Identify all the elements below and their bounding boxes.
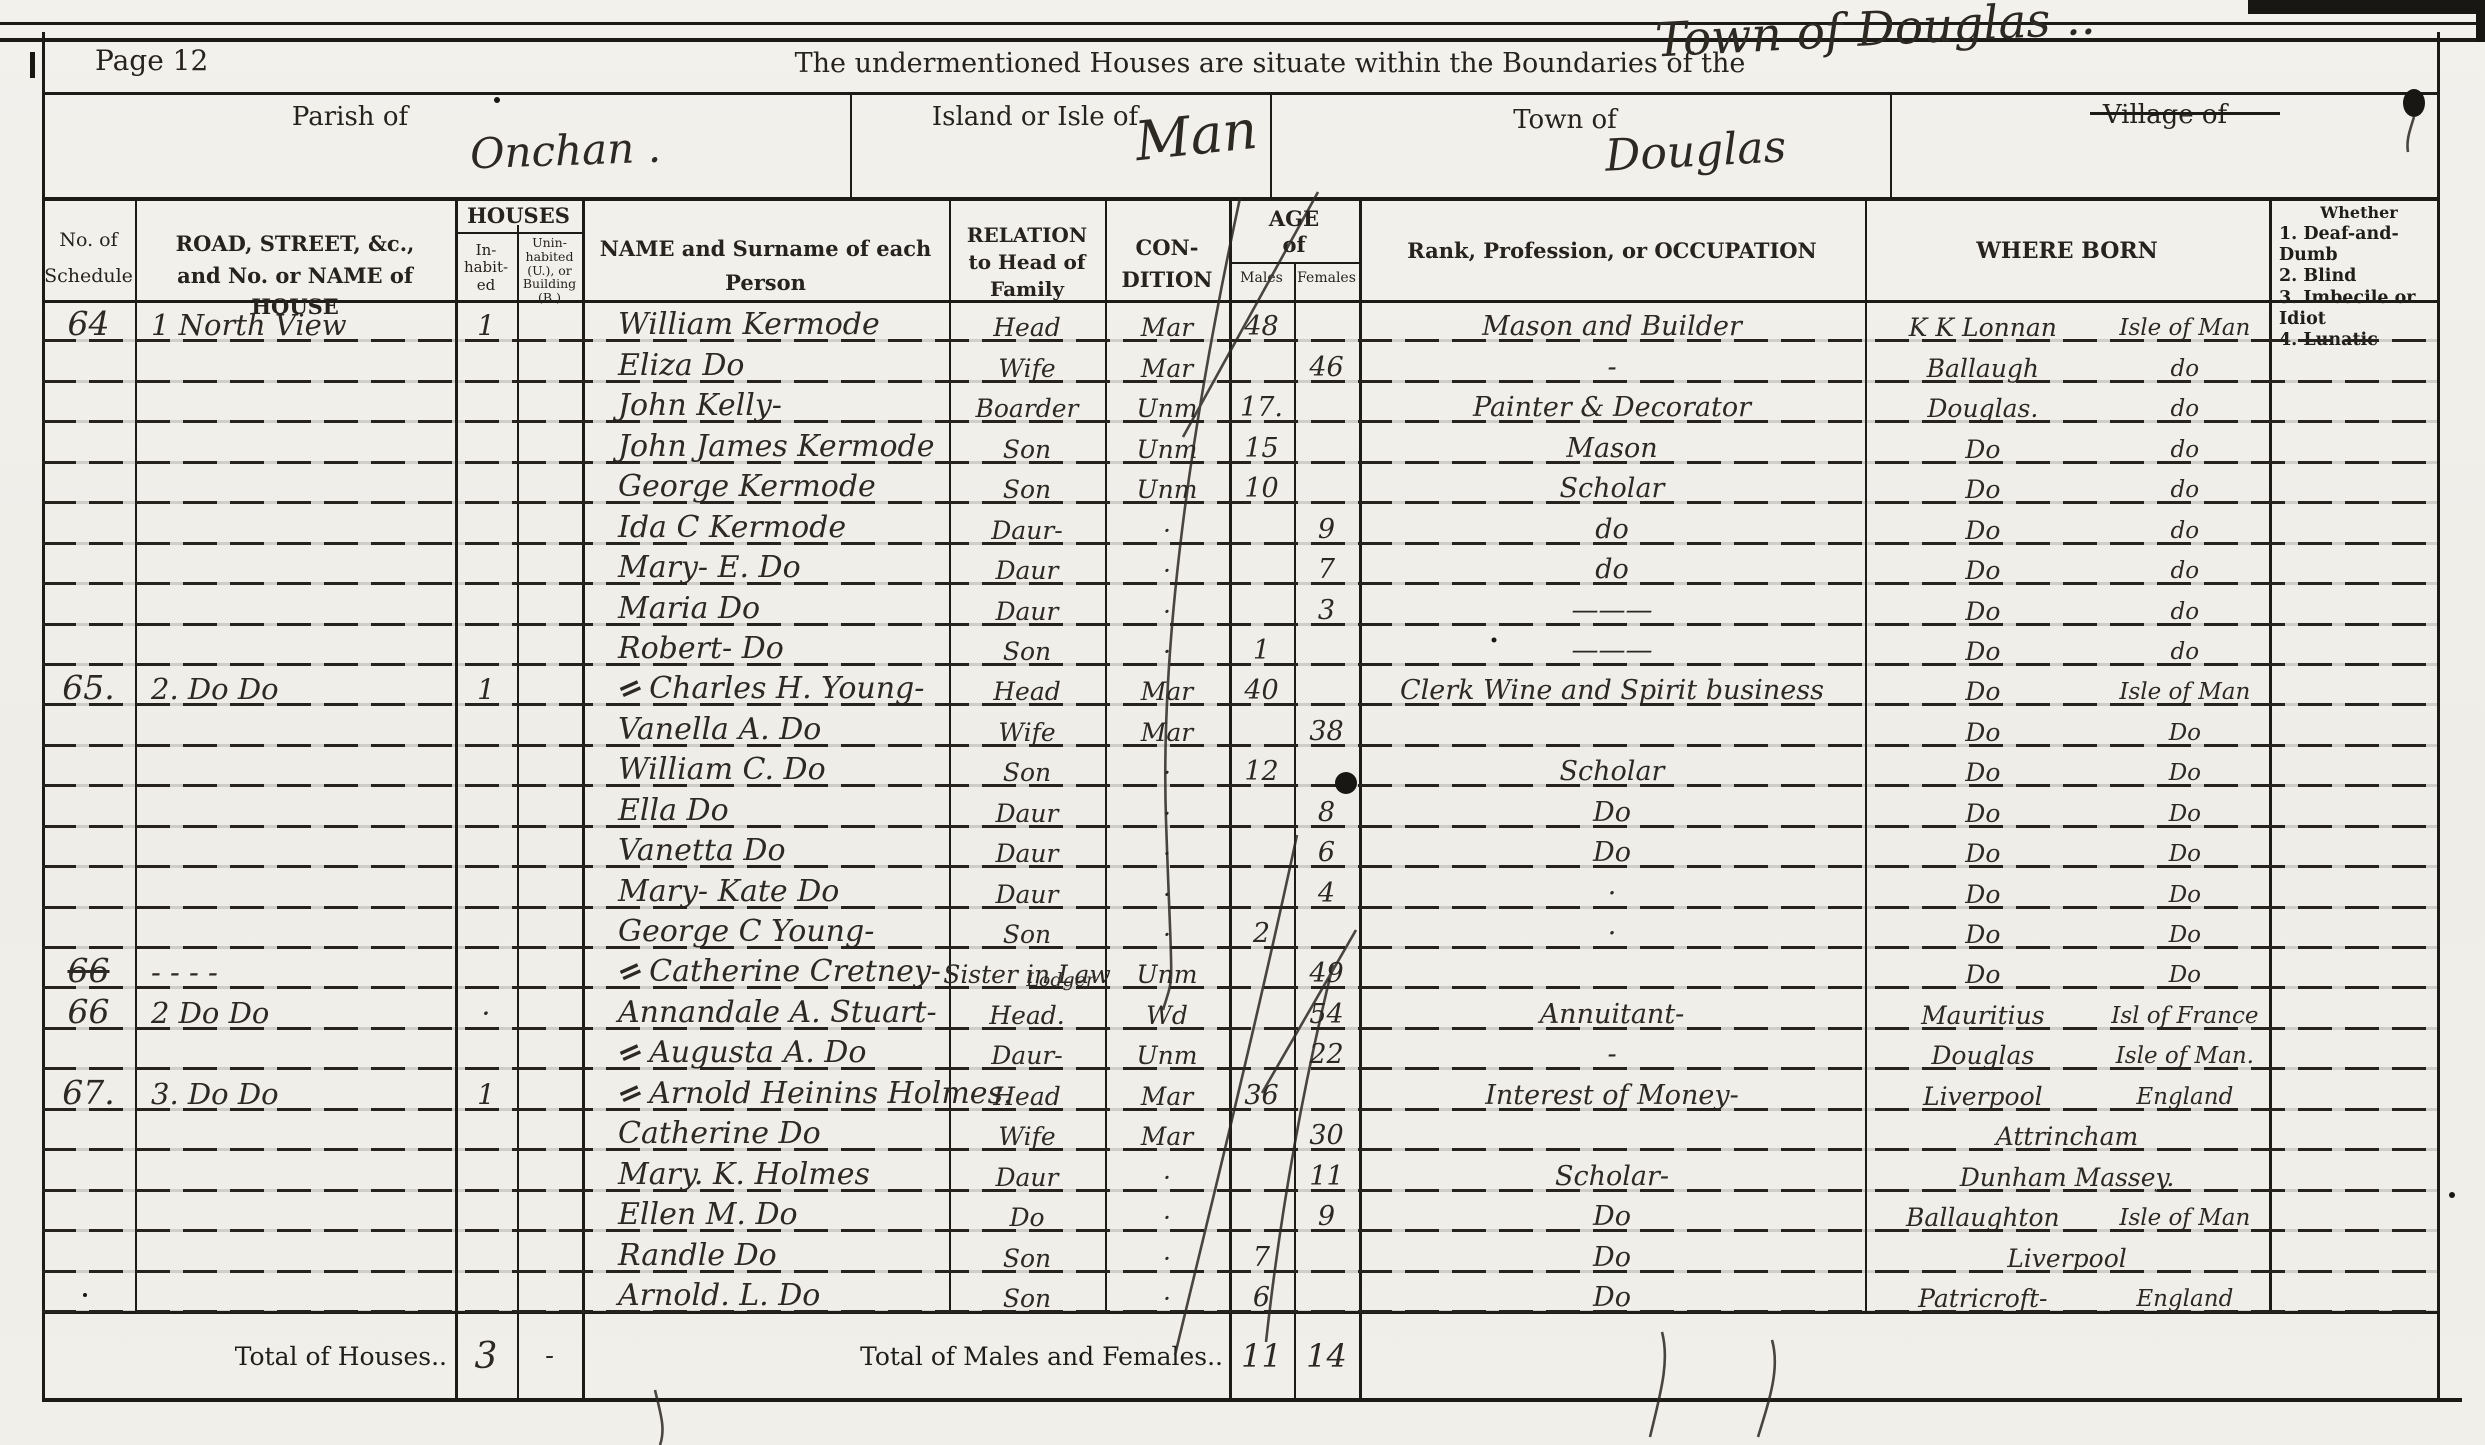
col-houses: HOUSES [455,203,582,228]
born-region: Isle of Man [2101,681,2269,704]
relation: Do [949,1190,1105,1230]
person-name-text: Catherine Do [618,1119,821,1149]
age-female: 49 [1294,947,1359,987]
infirmity [2269,866,2437,906]
age-female [1294,1068,1359,1108]
age-female: 9 [1294,502,1359,542]
occupation: Painter & Decorator [1359,381,1865,421]
person-name: Mary- Kate Do [582,866,949,906]
houses-inhabited: 1 [455,300,517,340]
houses-uninhabited [517,947,582,987]
schedule-number [42,1230,135,1270]
person-name: =Augusta A. Do [582,1028,949,1068]
infirmity [2269,1109,2437,1149]
infirmity [2269,300,2437,340]
occupation: Do [1359,1190,1865,1230]
occupation [1359,1109,1865,1149]
table-row: George C Young-Son·2·DoDo [42,907,2437,947]
age-female: 30 [1294,1109,1359,1149]
schedule-number [42,624,135,664]
relation-note: Lodger [1026,971,1095,990]
relation: Son [949,907,1105,947]
condition: Unm [1105,1028,1229,1068]
bottom-rule [42,1398,2462,1402]
born-place: Douglas [1865,1043,2101,1068]
where-born: K K LonnanIsle of Man [1865,300,2269,340]
age-male: 15 [1229,421,1294,461]
houses-uninhabited [517,300,582,340]
born-place: Do [1865,760,2101,785]
col-schedule: No. of Schedule [42,222,135,294]
occupation: Clerk Wine and Spirit business [1359,664,1865,704]
occupation [1359,704,1865,744]
census-page-scan: Page 12 The undermentioned Houses are si… [0,0,2485,1445]
infirmity [2269,1028,2437,1068]
age-male [1229,340,1294,380]
born-region: do [2101,601,2269,624]
where-born: Patricroft-England [1865,1271,2269,1311]
person-name-text: Ida C Kermode [618,513,846,543]
infirmity [2269,583,2437,623]
infirmity [2269,947,2437,987]
person-name-text: Charles H. Young- [649,674,924,704]
schedule-number [42,704,135,744]
relation-text: Daur [995,558,1058,583]
age-female: 9 [1294,1190,1359,1230]
schedule-number [42,745,135,785]
age-male [1229,826,1294,866]
houses-uninhabited [517,1109,582,1149]
table-row: Catherine DoWifeMar30Attrincham [42,1109,2437,1149]
parish-value: Onchan . [469,123,661,179]
age-female [1294,381,1359,421]
relation: Head [949,664,1105,704]
born-place: Do [1865,679,2101,704]
occupation: Mason [1359,421,1865,461]
person-name-text: George Kermode [618,472,876,502]
table-row: 662 Do Do·Annandale A. Stuart-LodgerHead… [42,987,2437,1027]
occupation: · [1359,907,1865,947]
condition: Mar [1105,300,1229,340]
person-name: =Catherine Cretney- [582,947,949,987]
road-name [135,340,455,380]
houses-uninhabited [517,624,582,664]
born-place: Do [1865,720,2101,745]
age-male: 7 [1229,1230,1294,1270]
road-name: 2 Do Do [135,987,455,1027]
where-born: Dodo [1865,502,2269,542]
schedule-number [42,1149,135,1189]
col-occupation: Rank, Profession, or OCCUPATION [1359,238,1865,263]
schedule-number [42,381,135,421]
relation-text: Do [1009,1205,1044,1230]
houses-inhabited [455,826,517,866]
born-region: Isl of France [2101,1005,2269,1028]
infirmity [2269,704,2437,744]
relation-text: Daur- [991,1043,1062,1068]
houses-uninhabited [517,826,582,866]
where-born: DoDo [1865,826,2269,866]
village-label: Village of [2000,100,2330,130]
houses-inhabited [455,624,517,664]
col-relation: RELATION to Head of Family [949,222,1105,303]
where-born: DouglasIsle of Man. [1865,1028,2269,1068]
houses-uninhabited [517,502,582,542]
road-name [135,421,455,461]
born-place: Liverpool [1865,1084,2101,1109]
occupation: Mason and Builder [1359,300,1865,340]
born-place: Do [1865,841,2101,866]
table-row: William C. DoSon·12ScholarDoDo [42,745,2437,785]
houses-inhabited: · [455,987,517,1027]
condition: Mar [1105,1109,1229,1149]
band-divider-1 [850,92,852,197]
age-female [1294,1230,1359,1270]
condition: Wd [1105,987,1229,1027]
person-name-text: Vanella A. Do [618,715,821,745]
where-born: DoDo [1865,866,2269,906]
scan-edge-artifact [2476,0,2485,42]
relation-text: Son [1003,639,1051,664]
table-row: Mary- E. DoDaur·7doDodo [42,543,2437,583]
boundary-handwritten: Town of Douglas .. [1654,0,2097,68]
road-name [135,1271,455,1311]
table-row: Robert- DoSon·1———Dodo [42,624,2437,664]
where-born: Liverpool [1865,1230,2269,1270]
born-region: Do [2101,924,2269,947]
table-row: 67.3. Do Do1=Arnold Heinins Holmes.HeadM… [42,1068,2437,1108]
road-name [135,1109,455,1149]
relation: Son [949,1271,1105,1311]
age-female: 3 [1294,583,1359,623]
page-title: The undermentioned Houses are situate wi… [770,48,1770,79]
relation-text: Head [993,1084,1061,1109]
born-region: England [2101,1288,2269,1311]
age-male [1229,1149,1294,1189]
houses-inhabited [455,704,517,744]
houses-inhabited [455,340,517,380]
infirmity [2269,1271,2437,1311]
table-row: Maria DoDaur·3———Dodo [42,583,2437,623]
person-name: Catherine Do [582,1109,949,1149]
person-name: George C Young- [582,907,949,947]
where-born: MauritiusIsl of France [1865,987,2269,1027]
relation-text: Son [1003,1246,1051,1271]
schedule-number-text: 67. [62,1076,114,1109]
age-male: 48 [1229,300,1294,340]
schedule-number: 64 [42,300,135,340]
relation-text: Daur [995,1165,1058,1190]
person-name: John Kelly- [582,381,949,421]
parish-label: Parish of [180,102,520,132]
table-row: George KermodeSonUnm10ScholarDodo [42,462,2437,502]
ditto-mark: = [613,1034,648,1072]
houses-inhabited [455,1149,517,1189]
age-male [1229,947,1294,987]
totals-row: Total of Houses.. 3 - Total of Males and… [42,1314,2437,1398]
infirmity [2269,543,2437,583]
born-place: Do [1865,801,2101,826]
band-divider-3 [1890,92,1892,197]
table-row: Vanella A. DoWifeMar38DoDo [42,704,2437,744]
relation-text: Son [1003,477,1051,502]
road-name [135,381,455,421]
infirmity [2269,907,2437,947]
condition: Mar [1105,664,1229,704]
age-male: 10 [1229,462,1294,502]
relation: Daur- [949,502,1105,542]
occupation: Do [1359,1230,1865,1270]
age-female [1294,1271,1359,1311]
infirmity [2269,785,2437,825]
age-male [1229,785,1294,825]
condition: · [1105,1190,1229,1230]
col-where-born: WHERE BORN [1865,238,2269,264]
born-region: England [2101,1086,2269,1109]
schedule-number: 66 [42,947,135,987]
road-name [135,785,455,825]
infirmity [2269,664,2437,704]
table-row: John Kelly-BoarderUnm17.Painter & Decora… [42,381,2437,421]
where-born: DoDo [1865,785,2269,825]
houses-uninhabited [517,745,582,785]
relation: Daur [949,785,1105,825]
where-born: BallaughtonIsle of Man [1865,1190,2269,1230]
person-name-text: William Kermode [618,310,880,340]
where-born: Dodo [1865,583,2269,623]
born-region: Do [2101,884,2269,907]
condition: Unm [1105,381,1229,421]
age-female: 11 [1294,1149,1359,1189]
houses-uninhabited [517,543,582,583]
schedule-number [42,340,135,380]
born-region: Isle of Man. [2101,1045,2269,1068]
condition: · [1105,1230,1229,1270]
person-name: Vanella A. Do [582,704,949,744]
age-female: 54 [1294,987,1359,1027]
island-value: Man [1132,98,1260,173]
condition: · [1105,1149,1229,1189]
person-name: Vanetta Do [582,826,949,866]
age-female [1294,745,1359,785]
condition: · [1105,745,1229,785]
condition: · [1105,583,1229,623]
person-name: Ida C Kermode [582,502,949,542]
houses-inhabited [455,947,517,987]
houses-uninhabited [517,340,582,380]
road-name [135,826,455,866]
houses-uninhabited [517,664,582,704]
person-name-text: Ella Do [618,796,729,826]
born-place: Do [1865,558,2101,583]
person-name: William C. Do [582,745,949,785]
relation: Head [949,1068,1105,1108]
age-female: 6 [1294,826,1359,866]
where-born: Douglas.do [1865,381,2269,421]
houses-uninhabited [517,907,582,947]
born-place: Douglas. [1865,396,2101,421]
relation: Son [949,1230,1105,1270]
total-uninhabited-value: - [517,1341,582,1371]
infirmity [2269,987,2437,1027]
age-female [1294,300,1359,340]
band-rule-2 [42,197,2440,201]
houses-inhabited [455,1271,517,1311]
road-name [135,1230,455,1270]
person-name-text: Ellen M. Do [618,1200,798,1230]
born-place: Do [1865,639,2101,664]
houses-uninhabited [517,421,582,461]
relation-text: Head [993,679,1061,704]
band-divider-2 [1270,92,1272,197]
infirmity [2269,1230,2437,1270]
relation: Daur [949,866,1105,906]
where-born: Dodo [1865,624,2269,664]
age-female: 38 [1294,704,1359,744]
person-name: Annandale A. Stuart- [582,987,949,1027]
col-name: NAME and Surname of each Person [582,232,949,299]
table-row: 65.2. Do Do1=Charles H. Young-HeadMar40C… [42,664,2437,704]
where-born: DoDo [1865,947,2269,987]
condition: Mar [1105,1068,1229,1108]
houses-inhabited [455,502,517,542]
schedule-number [42,907,135,947]
houses-uninhabited [517,704,582,744]
schedule-number-text: 66 [68,954,110,987]
houses-inhabited [455,583,517,623]
age-male: 6 [1229,1271,1294,1311]
occupation: do [1359,543,1865,583]
condition: Unm [1105,947,1229,987]
age-female: 22 [1294,1028,1359,1068]
houses-inhabited [455,381,517,421]
schedule-number: 67. [42,1068,135,1108]
road-name [135,543,455,583]
houses-inhabited [455,785,517,825]
age-male: 12 [1229,745,1294,785]
schedule-number [42,1028,135,1068]
born-region: do [2101,520,2269,543]
born-region: Do [2101,964,2269,987]
relation-text: Wife [998,1124,1055,1149]
total-houses-value: 3 [455,1336,517,1377]
table-row: Eliza DoWifeMar46-Ballaughdo [42,340,2437,380]
condition: · [1105,866,1229,906]
houses-uninhabited [517,381,582,421]
schedule-number [42,1271,135,1311]
infirmity [2269,462,2437,502]
where-born: DoDo [1865,704,2269,744]
person-name: William Kermode [582,300,949,340]
occupation: · [1359,866,1865,906]
relation: Daur [949,583,1105,623]
road-name: 2. Do Do [135,664,455,704]
born-region: Do [2101,722,2269,745]
born-place: Ballaughton [1865,1205,2101,1230]
houses-inhabited [455,907,517,947]
age-female: 46 [1294,340,1359,380]
born-region: Do [2101,762,2269,785]
table-row: Ida C KermodeDaur-·9doDodo [42,502,2437,542]
age-male [1229,866,1294,906]
road-name [135,745,455,785]
table-row: Ellen M. DoDo·9DoBallaughtonIsle of Man [42,1190,2437,1230]
person-name-text: Augusta A. Do [649,1038,866,1068]
band-rule [42,92,2440,95]
person-name: Eliza Do [582,340,949,380]
condition: · [1105,624,1229,664]
table-row: 641 North View1William KermodeHeadMar48M… [42,300,2437,340]
schedule-number-text: 64 [68,307,110,340]
occupation: do [1359,502,1865,542]
relation-text: Head. [989,1003,1064,1028]
relation-text: Daur [995,841,1058,866]
houses-inhabited [455,866,517,906]
age-male [1229,704,1294,744]
occupation: Scholar [1359,462,1865,502]
census-rows: 641 North View1William KermodeHeadMar48M… [42,300,2437,1311]
occupation: Scholar- [1359,1149,1865,1189]
road-name [135,502,455,542]
person-name-text: William C. Do [618,755,826,785]
condition: · [1105,785,1229,825]
top-rule [0,22,2485,25]
relation: Wife [949,1109,1105,1149]
age-male [1229,1028,1294,1068]
age-male: 36 [1229,1068,1294,1108]
scan-edge-artifact [2248,0,2485,14]
born-place: Do [1865,477,2101,502]
ditto-mark: = [613,1075,648,1113]
schedule-number [42,583,135,623]
occupation: Scholar [1359,745,1865,785]
village-strike [2090,112,2280,115]
relation-text: Boarder [975,396,1078,421]
condition: · [1105,502,1229,542]
infirmity [2269,502,2437,542]
born-region: do [2101,439,2269,462]
relation: Wife [949,340,1105,380]
age-female [1294,664,1359,704]
ditto-mark: = [613,671,648,709]
age-male: 2 [1229,907,1294,947]
person-name-text: Mary- Kate Do [618,877,839,907]
houses-uninhabited [517,987,582,1027]
condition: · [1105,826,1229,866]
ditto-mark: = [613,954,648,992]
born-place: Dunham Massey. [1865,1165,2269,1190]
road-name [135,866,455,906]
houses-inhabited: 1 [455,1068,517,1108]
scan-speck [2449,1192,2455,1198]
person-name: =Charles H. Young- [582,664,949,704]
houses-uninhabited [517,1149,582,1189]
houses-uninhabited [517,866,582,906]
age-male [1229,987,1294,1027]
table-row: 66- - - -=Catherine Cretney-Sister in La… [42,947,2437,987]
road-name [135,624,455,664]
road-name: 1 North View [135,300,455,340]
born-place: Mauritius [1865,1003,2101,1028]
person-name: Randle Do [582,1230,949,1270]
road-name [135,1149,455,1189]
where-born: Ballaughdo [1865,340,2269,380]
town-value: Douglas [1604,121,1788,181]
where-born: DoIsle of Man [1865,664,2269,704]
scan-mark [30,52,35,78]
born-region: Isle of Man [2101,317,2269,340]
person-name-text: John James Kermode [618,432,934,462]
